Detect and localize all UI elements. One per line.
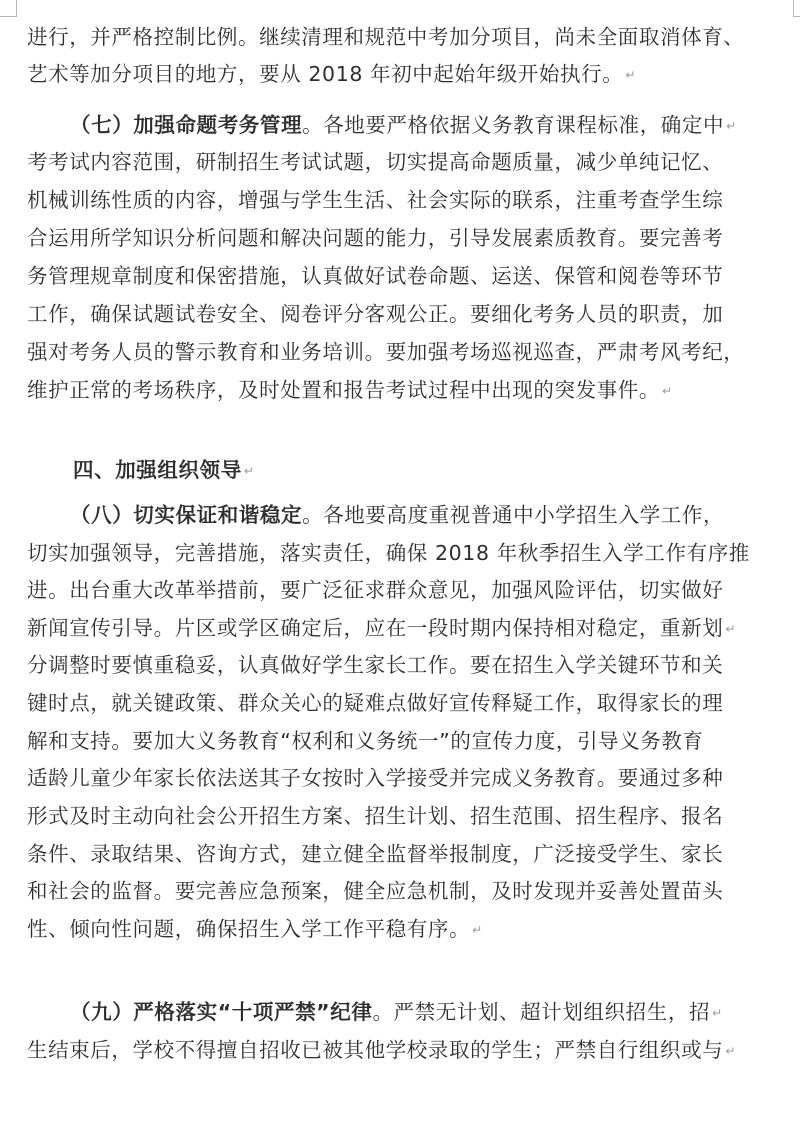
line-text: 键时点，就关键政策、群众关心的疑难点做好宣传释疑工作，取得家长的理 (27, 691, 723, 715)
text-line: 切实加强领导，完善措施，落实责任，确保 2018 年秋季招生入学工作有序推 (27, 538, 787, 568)
paragraph-mark-icon: ↵ (662, 384, 673, 398)
text-line: 务管理规章制度和保密措施，认真做好试卷命题、运送、保管和阅卷等环节 (27, 261, 787, 291)
line-text: 务管理规章制度和保密措施，认真做好试卷命题、运送、保管和阅卷等环节 (27, 264, 723, 288)
text-line: 生结束后，学校不得擅自招收已被其他学校录取的学生；严禁自行组织或与↵ (27, 1035, 787, 1065)
text-line: 和社会的监督。要完善应急预案，健全应急机制，及时发现并妥善处置苗头 (27, 876, 787, 906)
text-line: 强对考务人员的警示教育和业务培训。要加强考场巡视巡查，严肃考风考纪， (27, 337, 787, 367)
text-line: 适龄儿童少年家长依法送其子女按时入学接受并完成义务教育。要通过多种 (27, 763, 787, 793)
paragraph-mark-icon: ↵ (726, 119, 737, 133)
section-heading: 四、加强组织领导↵ (73, 455, 800, 485)
text-line: 考考试内容范围，研制招生考试试题，切实提高命题质量，减少单纯记忆、 (27, 147, 787, 177)
line-text: 考考试内容范围，研制招生考试试题，切实提高命题质量，减少单纯记忆、 (27, 150, 723, 174)
text-line: 解和支持。要加大义务教育“权利和义务统一”的宣传力度，引导义务教育 (27, 726, 787, 756)
section-heading-text: 四、加强组织领导 (73, 458, 242, 482)
line-text: 艺术等加分项目的地方，要从 2018 年初中起始年级开始执行。 (27, 62, 623, 86)
paragraph-mark-icon: ↵ (244, 464, 255, 478)
line-text: 生结束后，学校不得擅自招收已被其他学校录取的学生；严禁自行组织或与 (27, 1038, 723, 1062)
line-text: 工作，确保试题试卷安全、阅卷评分客观公正。要细化考务人员的职责，加 (27, 302, 723, 326)
line-text: 切实加强领导，完善措施，落实责任，确保 2018 年秋季招生入学工作有序推 (27, 541, 750, 565)
line-text: 新闻宣传引导。片区或学区确定后，应在一段时期内保持相对稳定，重新划 (27, 616, 723, 640)
document-page: 进行，并严格控制比例。继续清理和规范中考加分项目，尚未全面取消体育、 艺术等加分… (0, 0, 800, 1123)
line-text: 性、倾向性问题，确保招生入学工作平稳有序。 (27, 917, 470, 941)
text-line: （八）切实保证和谐稳定。各地要高度重视普通中小学招生入学工作， (70, 500, 800, 530)
text-line: 机械训练性质的内容，增强与学生生活、社会实际的联系，注重考查学生综 (27, 185, 787, 215)
line-text: 解和支持。要加大义务教育“权利和义务统一”的宣传力度，引导义务教育 (27, 729, 704, 753)
line-text: 条件、录取结果、咨询方式，建立健全监督举报制度，广泛接受学生、家长 (27, 842, 723, 866)
text-line: 新闻宣传引导。片区或学区确定后，应在一段时期内保持相对稳定，重新划↵ (27, 613, 787, 643)
text-line: 合运用所学知识分析问题和解决问题的能力，引导发展素质教育。要完善考 (27, 223, 787, 253)
line-text: 强对考务人员的警示教育和业务培训。要加强考场巡视巡查，严肃考风考纪， (27, 340, 744, 364)
text-line: 工作，确保试题试卷安全、阅卷评分客观公正。要细化考务人员的职责，加 (27, 299, 787, 329)
text-line: 进行，并严格控制比例。继续清理和规范中考加分项目，尚未全面取消体育、 (27, 22, 787, 52)
line-text: 。各地要高度重视普通中小学招生入学工作， (302, 503, 724, 527)
text-line: 维护正常的考场秩序，及时处置和报告考试过程中出现的突发事件。↵ (27, 375, 787, 405)
text-line: 条件、录取结果、咨询方式，建立健全监督举报制度，广泛接受学生、家长 (27, 839, 787, 869)
text-line: 艺术等加分项目的地方，要从 2018 年初中起始年级开始执行。↵ (27, 59, 787, 89)
paragraph-mark-icon: ↵ (725, 622, 736, 636)
line-text: 机械训练性质的内容，增强与学生生活、社会实际的联系，注重考查学生综 (27, 188, 723, 212)
paragraph-mark-icon: ↵ (725, 1044, 736, 1058)
paragraph-mark-icon: ↵ (712, 1006, 723, 1020)
text-line: 性、倾向性问题，确保招生入学工作平稳有序。↵ (27, 914, 787, 944)
paragraph-heading: （八）切实保证和谐稳定 (70, 503, 302, 527)
paragraph-mark-icon: ↵ (625, 68, 636, 82)
line-text: 。严禁无计划、超计划组织招生，招 (372, 1000, 710, 1024)
paragraph-mark-icon: ↵ (472, 923, 483, 937)
line-text: 。各地要严格依据义务教育课程标准，确定中 (302, 113, 724, 137)
text-line: 键时点，就关键政策、群众关心的疑难点做好宣传释疑工作，取得家长的理 (27, 688, 787, 718)
text-line: 分调整时要慎重稳妥，认真做好学生家长工作。要在招生入学关键环节和关 (27, 650, 787, 680)
paragraph-heading: （七）加强命题考务管理 (70, 113, 302, 137)
paragraph-heading: （九）严格落实“十项严禁”纪律 (70, 1000, 372, 1024)
line-text: 适龄儿童少年家长依法送其子女按时入学接受并完成义务教育。要通过多种 (27, 766, 723, 790)
line-text: 维护正常的考场秩序，及时处置和报告考试过程中出现的突发事件。 (27, 378, 660, 402)
text-line: （九）严格落实“十项严禁”纪律。严禁无计划、超计划组织招生，招↵ (70, 997, 800, 1027)
text-line: 进。出台重大改革举措前，要广泛征求群众意见，加强风险评估，切实做好 (27, 575, 787, 605)
line-text: 形式及时主动向社会公开招生方案、招生计划、招生范围、招生程序、报名 (27, 804, 723, 828)
text-line: 形式及时主动向社会公开招生方案、招生计划、招生范围、招生程序、报名 (27, 801, 787, 831)
line-text: 进行，并严格控制比例。继续清理和规范中考加分项目，尚未全面取消体育、 (27, 25, 744, 49)
text-line: （七）加强命题考务管理。各地要严格依据义务教育课程标准，确定中↵ (70, 110, 800, 140)
line-text: 合运用所学知识分析问题和解决问题的能力，引导发展素质教育。要完善考 (27, 226, 723, 250)
line-text: 分调整时要慎重稳妥，认真做好学生家长工作。要在招生入学关键环节和关 (27, 653, 723, 677)
line-text: 和社会的监督。要完善应急预案，健全应急机制，及时发现并妥善处置苗头 (27, 879, 723, 903)
line-text: 进。出台重大改革举措前，要广泛征求群众意见，加强风险评估，切实做好 (27, 578, 723, 602)
